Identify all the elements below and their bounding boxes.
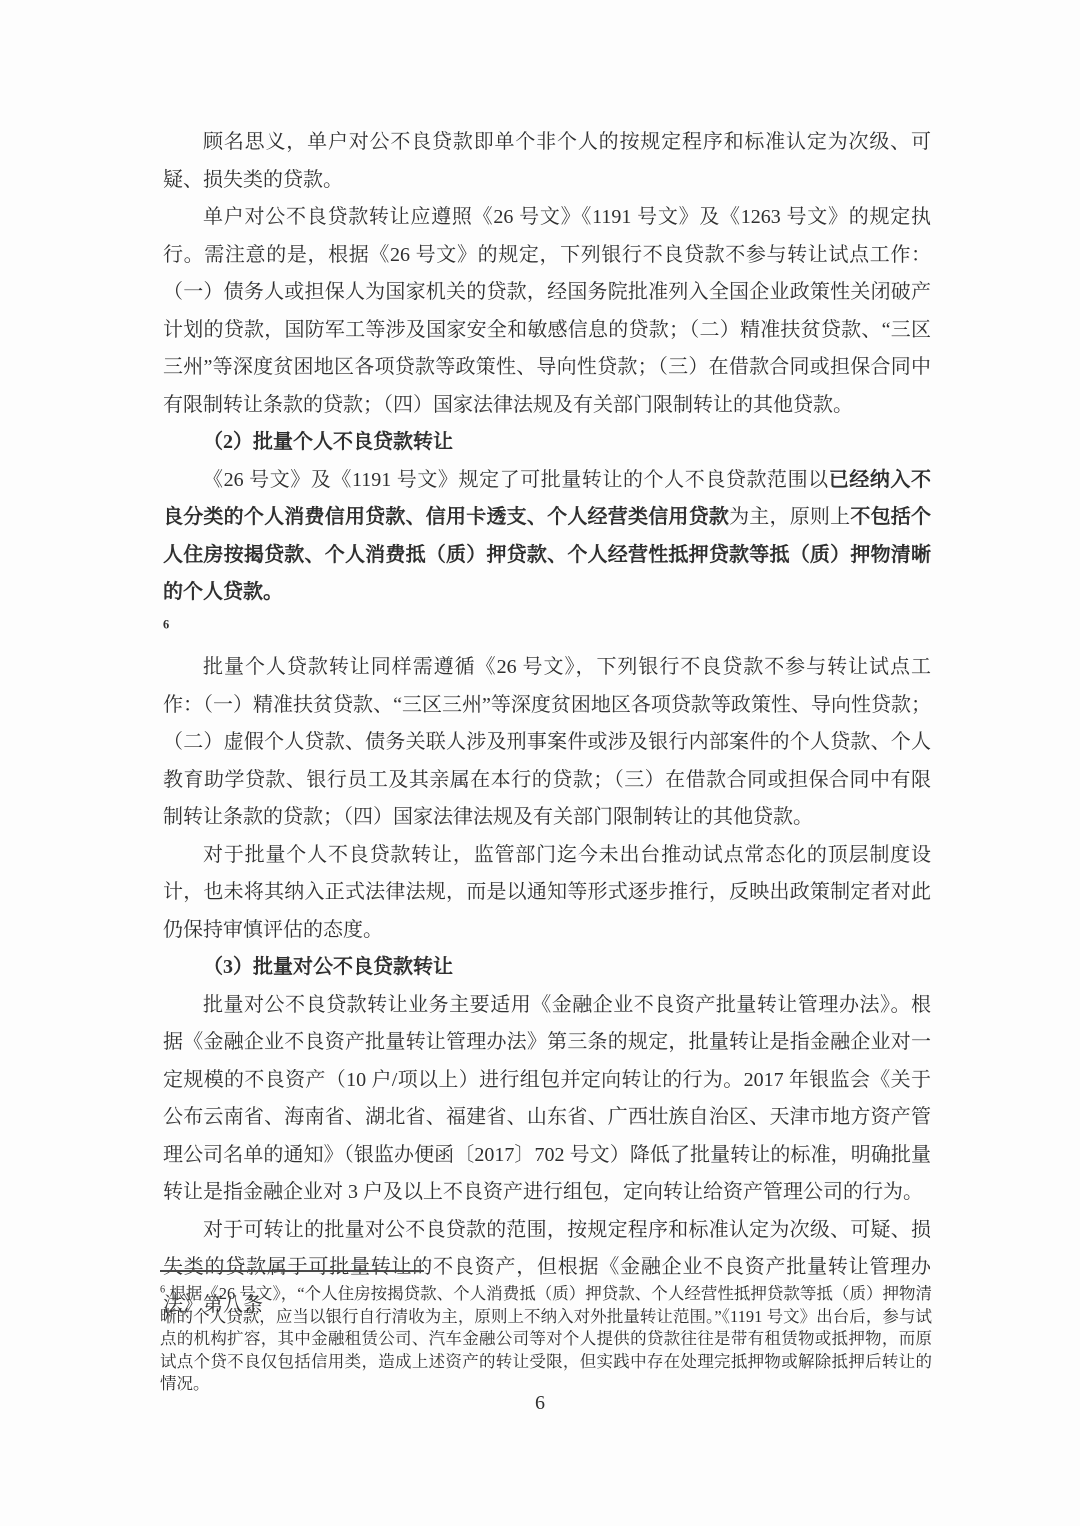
paragraph: 批量对公不良贷款转让业务主要适用《金融企业不良资产批量转让管理办法》。根据《金融… — [163, 987, 931, 1212]
text-run: 批量对公不良贷款转让业务主要适用《金融企业不良资产批量转让管理办法》。根据《金融… — [163, 994, 931, 1204]
paragraph: 《26 号文》及《1191 号文》规定了可批量转让的个人不良贷款范围以已经纳入不… — [163, 462, 931, 612]
footnote-text: 6 根据《26 号文》，“个人住房按揭贷款、个人消费抵（质）押贷款、个人经营性抵… — [160, 1283, 932, 1396]
section-heading: （3）批量对公不良贷款转让 — [163, 949, 931, 987]
text-run: （2）批量个人不良贷款转让 — [203, 431, 453, 453]
text-run: 《26 号文》及《1191 号文》规定了可批量转让的个人不良贷款范围以 — [203, 469, 829, 491]
paragraph: 顾名思义，单户对公不良贷款即单个非个人的按规定程序和标准认定为次级、可疑、损失类… — [163, 124, 931, 199]
text-run: 对于批量个人不良贷款转让，监管部门迄今未出台推动试点常态化的顶层制度设计，也未将… — [163, 844, 931, 941]
document-page: 顾名思义，单户对公不良贷款即单个非个人的按规定程序和标准认定为次级、可疑、损失类… — [0, 0, 1080, 1526]
text-run: 批量个人贷款转让同样需遵循《26 号文》，下列银行不良贷款不参与转让试点工作：（… — [163, 656, 931, 828]
text-run: 顾名思义，单户对公不良贷款即单个非个人的按规定程序和标准认定为次级、可疑、损失类… — [163, 131, 931, 191]
text-run: 根据《26 号文》，“个人住房按揭贷款、个人消费抵（质）押贷款、个人经营性抵押贷… — [160, 1284, 932, 1393]
paragraph: 批量个人贷款转让同样需遵循《26 号文》，下列银行不良贷款不参与转让试点工作：（… — [163, 649, 931, 837]
text-run: 为主，原则上 — [729, 506, 850, 528]
paragraph: 单户对公不良贷款转让应遵照《26 号文》《1191 号文》及《1263 号文》的… — [163, 199, 931, 424]
document-body: 顾名思义，单户对公不良贷款即单个非个人的按规定程序和标准认定为次级、可疑、损失类… — [163, 124, 931, 1324]
page-number: 6 — [0, 1392, 1080, 1415]
paragraph: 对于批量个人不良贷款转让，监管部门迄今未出台推动试点常态化的顶层制度设计，也未将… — [163, 837, 931, 950]
footnote-ref: 6 — [163, 617, 169, 631]
footnote-area: 6 根据《26 号文》，“个人住房按揭贷款、个人消费抵（质）押贷款、个人经营性抵… — [160, 1270, 932, 1396]
footnote-marker-line: 6 — [163, 612, 931, 650]
text-run: （3）批量对公不良贷款转让 — [203, 956, 453, 978]
section-heading: （2）批量个人不良贷款转让 — [163, 424, 931, 462]
footnote-divider — [160, 1270, 424, 1272]
text-run: 单户对公不良贷款转让应遵照《26 号文》《1191 号文》及《1263 号文》的… — [163, 206, 931, 416]
